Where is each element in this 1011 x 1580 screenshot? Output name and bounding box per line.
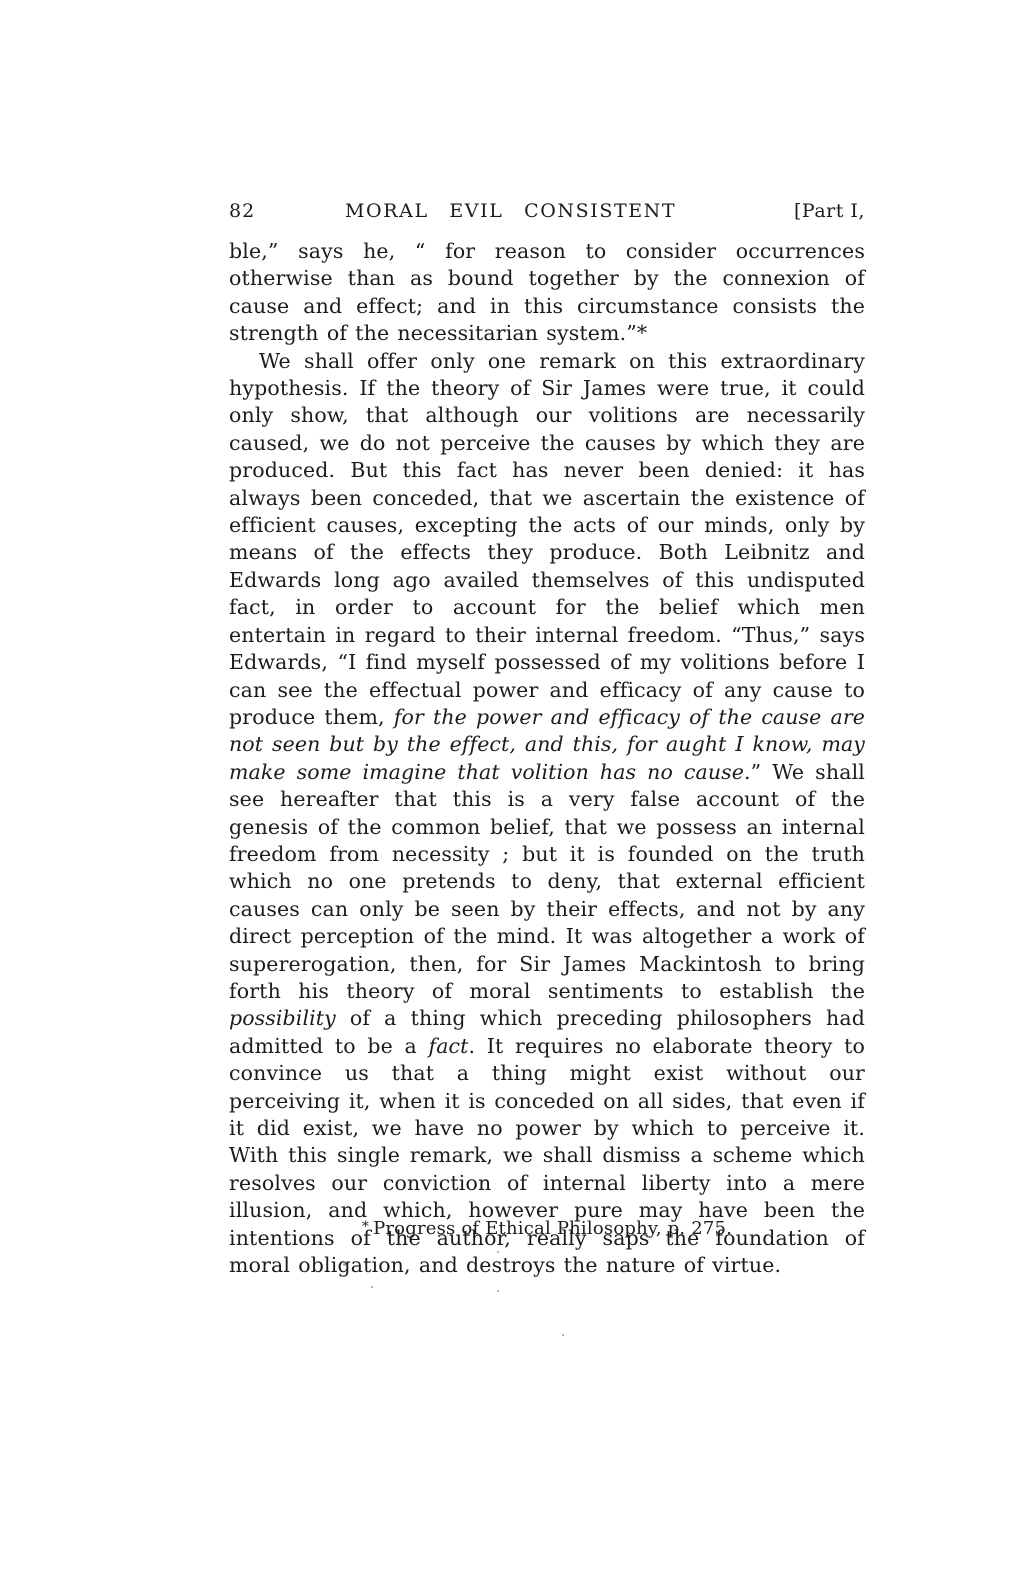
italic-run: possibility	[229, 1006, 336, 1030]
paragraph: We shall offer only one remark on this e…	[229, 348, 865, 1280]
scan-noise-speck	[497, 1290, 499, 1292]
scan-noise-speck	[562, 1334, 564, 1336]
scan-noise-speck	[343, 1263, 346, 1266]
footnote: *Progress of Ethical Philosophy, p. 275.	[229, 1218, 865, 1239]
running-title: MORAL EVIL CONSISTENT	[345, 200, 676, 222]
footnote-text: Progress of Ethical Philosophy, p. 275.	[373, 1218, 732, 1239]
text-run: . It requires no elaborate theory to con…	[229, 1034, 865, 1277]
scan-noise-speck	[497, 1251, 499, 1253]
body-text: ble,” says he, “ for reason to consider …	[229, 238, 865, 1279]
running-header: 82 MORAL EVIL CONSISTENT [Part I,	[229, 200, 865, 222]
text-run: ” We shall see hereafter that this is a …	[229, 760, 865, 1003]
scan-noise-speck	[371, 1286, 373, 1288]
text-run: ble,” says he, “ for reason to consider …	[229, 239, 865, 345]
paragraph: ble,” says he, “ for reason to consider …	[229, 238, 865, 348]
part-label: [Part I,	[794, 200, 865, 222]
footnote-marker: *	[362, 1219, 369, 1235]
page-number: 82	[229, 200, 255, 222]
text-run: We shall offer only one remark on this e…	[229, 349, 865, 729]
italic-run: fact	[429, 1034, 469, 1058]
book-page: 82 MORAL EVIL CONSISTENT [Part I, ble,” …	[0, 0, 1011, 1580]
